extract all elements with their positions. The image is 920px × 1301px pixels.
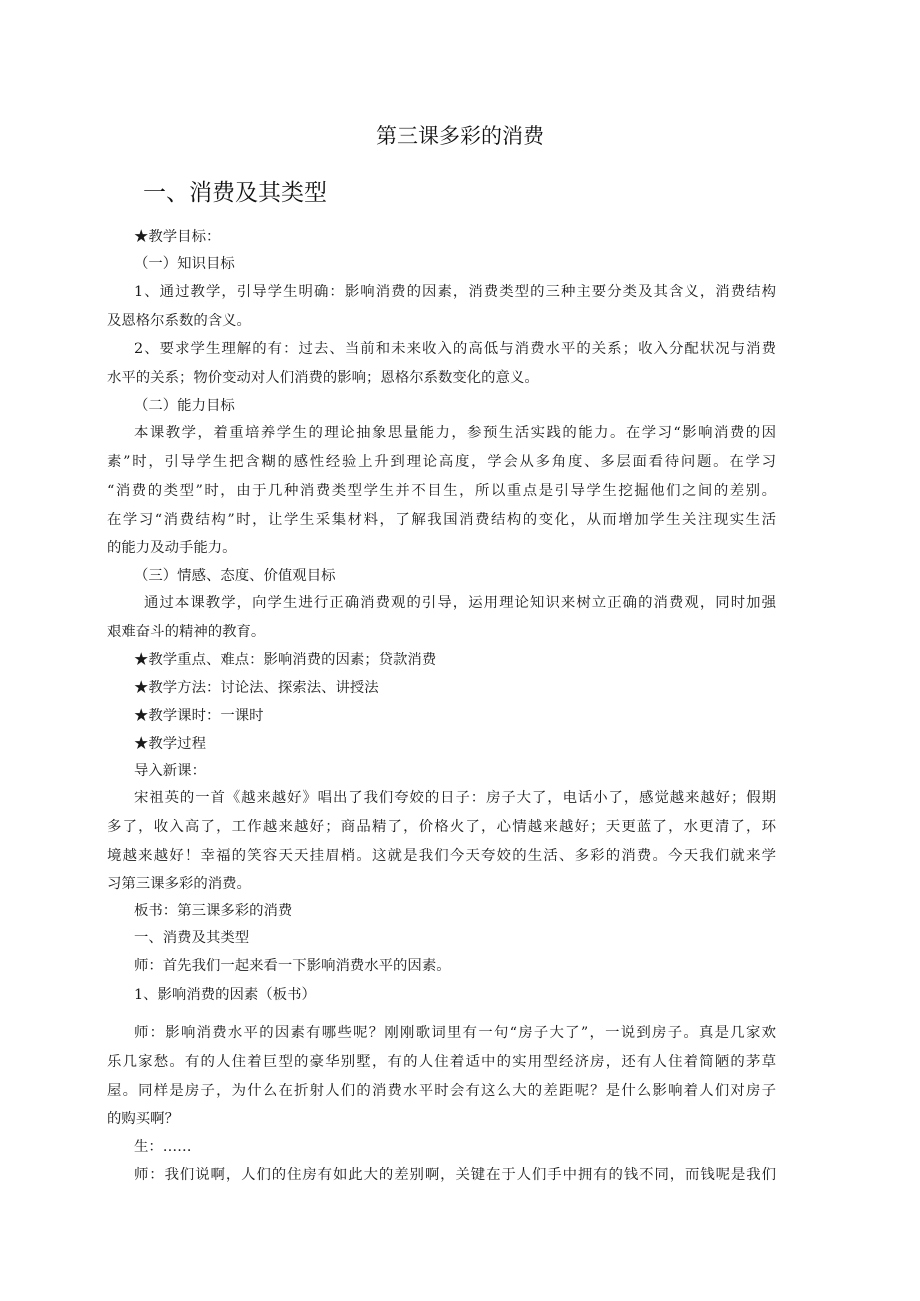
text-line: 1、通过教学，引导学生明确：影响消费的因素，消费类型的三种主要分类及其含义，消费… bbox=[134, 282, 776, 302]
text-line: 素”时，引导学生把含糊的感性经验上升到理论高度，学会从多角度、多层面看待问题。在… bbox=[107, 452, 776, 472]
text-line: 在学习“消费结构”时，让学生采集材料，了解我国消费结构的变化，从而增加学生关注现… bbox=[107, 510, 776, 530]
document-page: 第三课多彩的消费 一、消费及其类型 ★教学目标：（一）知识目标1、通过教学，引导… bbox=[0, 0, 920, 1301]
text-line: （三）情感、态度、价值观目标 bbox=[134, 566, 335, 586]
text-line: 宋祖英的一首《越来越好》唱出了我们夸姣的日子：房子大了，电话小了，感觉越来越好；… bbox=[134, 788, 776, 808]
text-line: 水平的关系；物价变动对人们消费的影响；恩格尔系数变化的意义。 bbox=[107, 368, 539, 388]
text-line: 习第三课多彩的消费。 bbox=[107, 874, 251, 894]
text-line: 多了，收入高了，工作越来越好；商品精了，价格火了，心情越来越好；天更蓝了，水更清… bbox=[107, 817, 776, 837]
text-line: 本课教学，着重培养学生的理论抽象思量能力，参预生活实践的能力。在学习“影响消费的… bbox=[134, 423, 776, 443]
text-line: 师：首先我们一起来看一下影响消费水平的因素。 bbox=[134, 956, 451, 976]
text-line: （二）能力目标 bbox=[134, 396, 235, 416]
text-line: ★教学课时：一课时 bbox=[134, 706, 264, 726]
document-title: 第三课多彩的消费 bbox=[0, 122, 920, 150]
text-line: 2、要求学生理解的有：过去、当前和未来收入的高低与消费水平的关系；收入分配状况与… bbox=[134, 339, 776, 359]
text-line: ★教学方法：讨论法、探索法、讲授法 bbox=[134, 678, 379, 698]
text-line: 的能力及动手能力。 bbox=[107, 538, 237, 558]
text-line: 师：影响消费水平的因素有哪些呢？刚刚歌词里有一句“房子大了”，一说到房子。真是几… bbox=[134, 1023, 776, 1043]
text-line: 一、消费及其类型 bbox=[134, 928, 249, 948]
text-line: 乐几家愁。有的人住着巨型的豪华别墅，有的人住着适中的实用型经济房，还有人住着简陋… bbox=[107, 1052, 776, 1072]
text-line: 板书：第三课多彩的消费 bbox=[134, 901, 292, 921]
text-line: 的购买啊？ bbox=[107, 1109, 179, 1129]
text-line: 屋。同样是房子，为什么在折射人们的消费水平时会有这么大的差距呢？是什么影响着人们… bbox=[107, 1081, 776, 1101]
text-line: 通过本课教学，向学生进行正确消费观的引导，运用理论知识来树立正确的消费观，同时加… bbox=[144, 593, 776, 613]
text-line: 境越来越好！幸福的笑容天天挂眉梢。这就是我们今天夸姣的生活、多彩的消费。今天我们… bbox=[107, 846, 776, 866]
text-line: 师：我们说啊，人们的住房有如此大的差别啊，关键在于人们手中拥有的钱不同，而钱呢是… bbox=[134, 1165, 776, 1185]
text-line: ★教学目标： bbox=[134, 227, 220, 247]
text-line: 生：…… bbox=[134, 1137, 192, 1157]
text-line: ★教学重点、难点：影响消费的因素；贷款消费 bbox=[134, 650, 436, 670]
text-line: ★教学过程 bbox=[134, 734, 206, 754]
text-line: 及恩格尔系数的含义。 bbox=[107, 311, 251, 331]
text-line: 1、影响消费的因素（板书） bbox=[134, 985, 316, 1005]
text-line: 导入新课： bbox=[134, 761, 206, 781]
text-line: （一）知识目标 bbox=[134, 254, 235, 274]
section-heading: 一、消费及其类型 bbox=[143, 178, 327, 208]
text-line: 艰难奋斗的精神的教育。 bbox=[107, 622, 265, 642]
text-line: “消费的类型”时，由于几种消费类型学生并不目生，所以重点是引导学生挖掘他们之间的… bbox=[107, 481, 776, 501]
